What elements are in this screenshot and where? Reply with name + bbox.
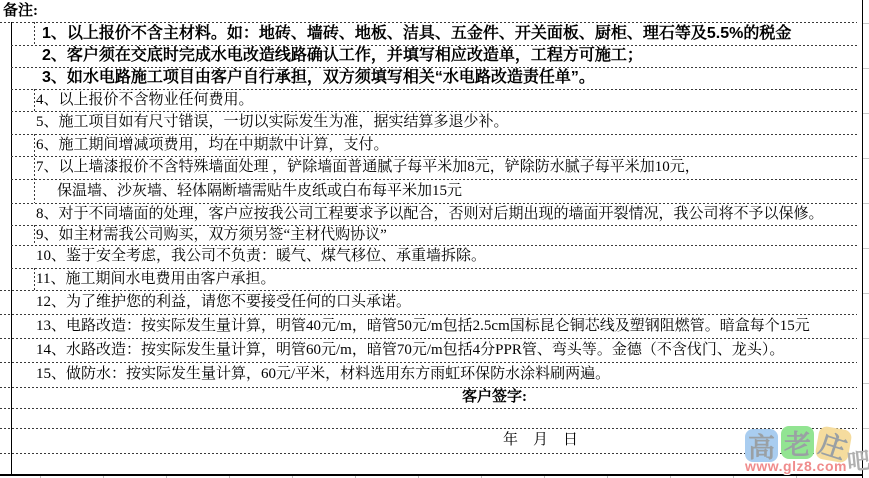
note-line-7b: 保温墙、沙灰墙、轻体隔断墙需贴牛皮纸或白布每平米加15元 <box>11 179 869 203</box>
note-line-15: 15、做防水：按实际发生量计算，60元/平米，材料选用东方雨虹环保防水涂料刷两遍… <box>11 362 869 387</box>
note-line-6: 6、施工期间增减项费用，均在中期款中计算，支付。 <box>11 134 869 156</box>
date-label: 年 月 日 <box>11 428 869 453</box>
gridline-stubs-right <box>863 23 869 473</box>
note-line-8: 8、对于不同墙面的处理，客户应按我公司工程要求予以配合，否则对后期出现的墙面开裂… <box>11 203 869 225</box>
note-line-14: 14、水路改造：按实际发生量计算，明管60元/m，暗管70元/m包括4分PPR管… <box>11 338 869 362</box>
watermark-square-2: 老 <box>781 426 814 459</box>
note-line-10: 10、鉴于安全考虑，我公司不负责：暖气、煤气移位、承重墙拆除。 <box>11 245 869 268</box>
watermark-suffix: 吧 <box>845 442 869 477</box>
watermark-url: www.glz8.com <box>745 458 847 474</box>
remarks-header: 备注: <box>0 0 860 22</box>
note-line-2: 2、客户须在交底时完成水电改造线路确认工作，并填写相应改造单，工程方可施工； <box>11 45 869 67</box>
note-line-12: 12、为了维护您的利益，请您不要接受任何的口头承诺。 <box>11 290 869 314</box>
note-line-5: 5、施工项目如有尺寸错误，一切以实际发生为准，据实结算多退少补。 <box>11 111 869 134</box>
note-line-9: 9、如主材需我公司购买，双方须另签“主材代购协议” <box>11 225 869 245</box>
note-line-3: 3、如水电路施工项目由客户自行承担，双方须填写相关“水电路改造责任单”。 <box>11 67 869 89</box>
watermark-logo: 高 老 庄 吧 www.glz8.com <box>744 425 869 478</box>
note-line-7: 7、以上墙漆报价不含特殊墙面处理 ，铲除墙面普通腻子每平米加8元，铲除防水腻子每… <box>11 156 869 179</box>
note-line-4: 4、以上报价不含物业任何费用。 <box>11 89 869 111</box>
note-line-11: 11、施工期间水电费用由客户承担。 <box>11 268 869 290</box>
customer-signature-label: 客户签字: <box>11 387 869 408</box>
note-line-1: 1、以上报价不含主材料。如：地砖、墙砖、地板、洁具、五金件、开关面板、厨柜、理石… <box>11 22 869 45</box>
remarks-sheet: 备注: 1、以上报价不含主材料。如：地砖、墙砖、地板、洁具、五金件、开关面板、厨… <box>0 0 869 478</box>
note-line-13: 13、电路改造：按实际发生量计算，明管40元/m，暗管50元/m包括2.5cm国… <box>11 314 869 338</box>
